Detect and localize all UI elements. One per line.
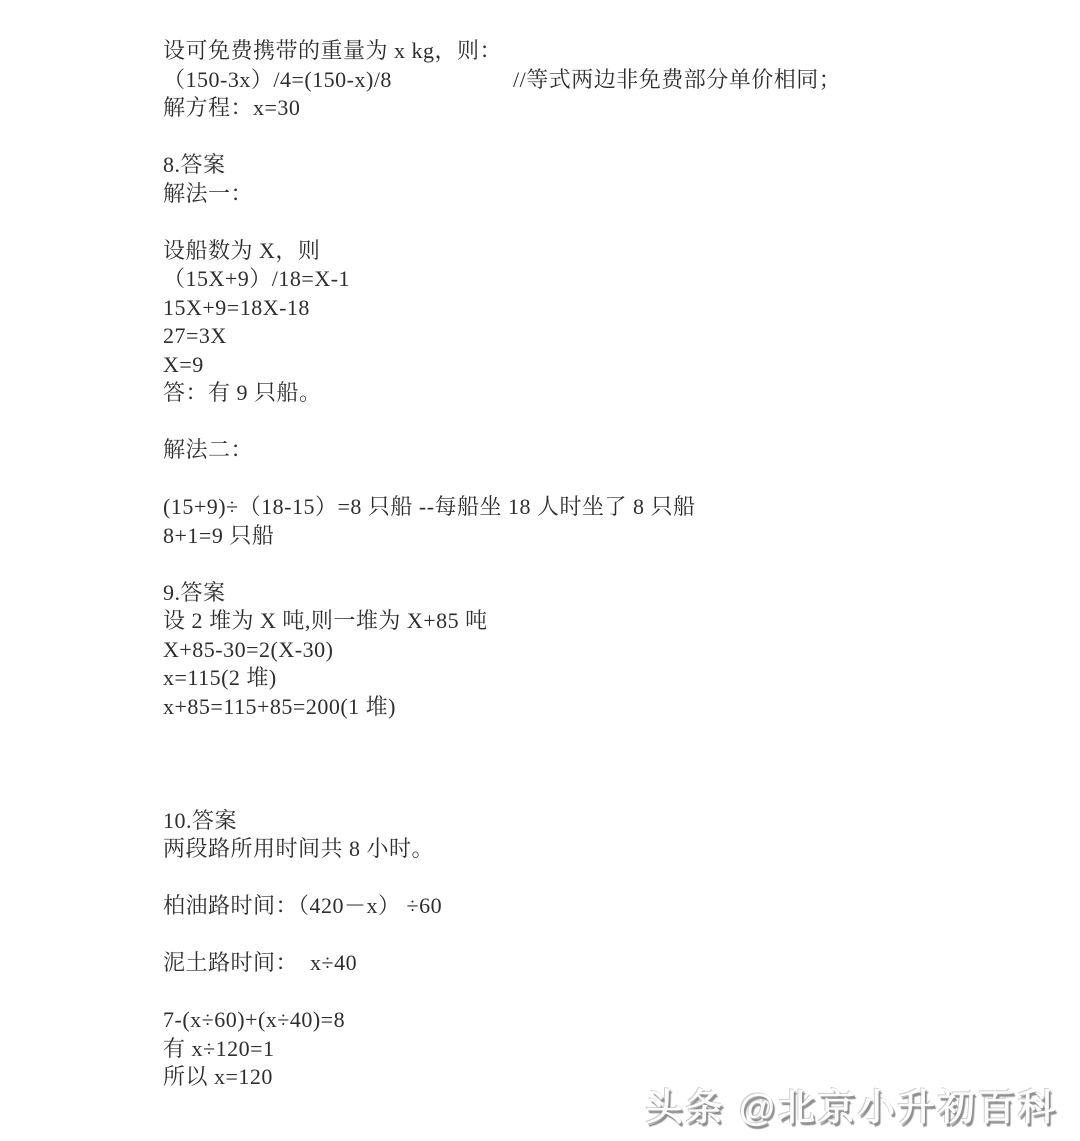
text-line: 8+1=9 只船 xyxy=(163,522,1060,551)
text-line: 有 x÷120=1 xyxy=(163,1035,1060,1064)
text-line: 解方程：x=30 xyxy=(163,94,1060,123)
text-line: 解法一： xyxy=(163,180,1060,209)
text-line: x=115(2 堆) xyxy=(163,664,1060,693)
text-line: 设 2 堆为 X 吨,则一堆为 X+85 吨 xyxy=(163,607,1060,636)
text-line: X+85-30=2(X-30) xyxy=(163,636,1060,665)
text-line: 7-(x÷60)+(x÷40)=8 xyxy=(163,1006,1060,1035)
text-line: (15+9)÷（18-15）=8 只船 --每船坐 18 人时坐了 8 只船 xyxy=(163,493,1060,522)
text-line: 解法二： xyxy=(163,436,1060,465)
text-line: 15X+9=18X-18 xyxy=(163,294,1060,323)
text-line: 两段路所用时间共 8 小时。 xyxy=(163,835,1060,864)
blank-line xyxy=(163,978,1060,1007)
text-line: （15X+9）/18=X-1 xyxy=(163,265,1060,294)
text-line: 泥土路时间： x÷40 xyxy=(163,949,1060,978)
blank-line xyxy=(163,750,1060,779)
text-line: （150-3x）/4=(150-x)/8//等式两边非免费部分单价相同； xyxy=(163,66,1060,95)
text-line: 设可免费携带的重量为 x kg，则： xyxy=(163,37,1060,66)
blank-line xyxy=(163,550,1060,579)
blank-line xyxy=(163,778,1060,807)
blank-line xyxy=(163,921,1060,950)
comment-text: //等式两边非免费部分单价相同； xyxy=(513,66,841,95)
blank-line xyxy=(163,465,1060,494)
blank-line xyxy=(163,864,1060,893)
document-content: 设可免费携带的重量为 x kg，则：（150-3x）/4=(150-x)/8//… xyxy=(163,37,1060,1092)
text-line: 设船数为 X，则 xyxy=(163,237,1060,266)
blank-line xyxy=(163,123,1060,152)
formula-text: （150-3x）/4=(150-x)/8 xyxy=(163,66,513,95)
text-line: 27=3X xyxy=(163,322,1060,351)
text-line: 8.答案 xyxy=(163,151,1060,180)
text-line: x+85=115+85=200(1 堆) xyxy=(163,693,1060,722)
blank-line xyxy=(163,408,1060,437)
text-line: 9.答案 xyxy=(163,579,1060,608)
text-line: 答：有 9 只船。 xyxy=(163,379,1060,408)
text-line: X=9 xyxy=(163,351,1060,380)
text-line: 10.答案 xyxy=(163,807,1060,836)
document-page: 设可免费携带的重量为 x kg，则：（150-3x）/4=(150-x)/8//… xyxy=(0,0,1080,1141)
text-line: 柏油路时间：（420－x） ÷60 xyxy=(163,892,1060,921)
blank-line xyxy=(163,721,1060,750)
toutiao-watermark: 头条 @北京小升初百科 xyxy=(646,1077,1058,1131)
blank-line xyxy=(163,208,1060,237)
